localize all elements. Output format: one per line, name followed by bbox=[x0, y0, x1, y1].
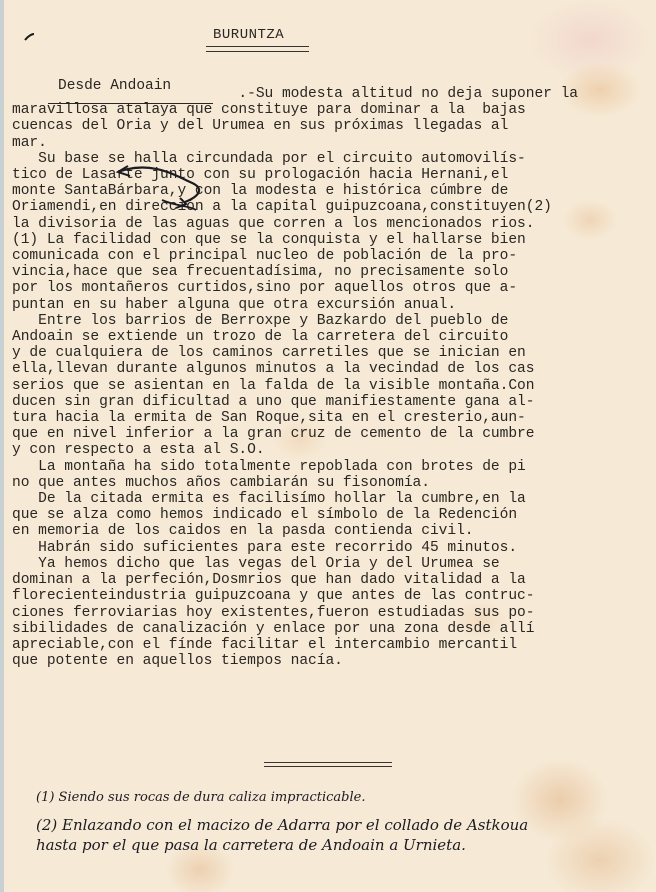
text-line: ella,llevan durante algunos minutos a la… bbox=[12, 361, 656, 377]
text-line: (1) La facilidad con que se la conquista… bbox=[12, 232, 656, 248]
text-line: tico de Lasarte junto con su prologación… bbox=[12, 167, 656, 183]
body-paragraphs: .-Su modesta altitud no deja suponer lam… bbox=[12, 86, 656, 669]
text-line: que potente en aquellos tiempos nacía. bbox=[12, 653, 656, 669]
text-line: cuencas del Oria y del Urumea en sus pró… bbox=[12, 118, 656, 134]
text-line: Habrán sido suficientes para este recorr… bbox=[12, 540, 656, 556]
text-line: Entre los barrios de Berroxpe y Bazkardo… bbox=[12, 313, 656, 329]
text-line: florecienteindustria guipuzcoana y que a… bbox=[12, 588, 656, 604]
text-line: Su base se halla circundada por el circu… bbox=[12, 151, 656, 167]
closing-double-rule bbox=[264, 762, 392, 767]
footnote-1: (1) Siendo sus rocas de dura caliza impr… bbox=[36, 790, 365, 805]
text-line: .-Su modesta altitud no deja suponer la bbox=[12, 86, 656, 102]
footnote-2-line-2: hasta por el que pasa la carretera de An… bbox=[36, 835, 528, 855]
text-line: la divisoria de las aguas que corren a l… bbox=[12, 216, 656, 232]
title-double-rule bbox=[206, 46, 309, 52]
text-line: Andoain se extiende un trozo de la carre… bbox=[12, 329, 656, 345]
text-line: no que antes muchos años cambiarán su fi… bbox=[12, 475, 656, 491]
text-line: que en nivel inferior a la gran cruz de … bbox=[12, 426, 656, 442]
text-line: De la citada ermita es facilisímo hollar… bbox=[12, 491, 656, 507]
text-line: apreciable,con el fínde facilitar el int… bbox=[12, 637, 656, 653]
text-line: ducen sin gran dificultad a uno que mani… bbox=[12, 394, 656, 410]
text-line: Ya hemos dicho que las vegas del Oria y … bbox=[12, 556, 656, 572]
text-line: ciones ferroviarias hoy existentes,fuero… bbox=[12, 605, 656, 621]
document-title: BURUNTZA bbox=[213, 27, 284, 43]
text-line: sibilidades de canalización y enlace por… bbox=[12, 621, 656, 637]
text-line: monte SantaBárbara,y con la modesta e hi… bbox=[12, 183, 656, 199]
text-line: y con respecto a esta al S.O. bbox=[12, 442, 656, 458]
text-line: puntan en su haber alguna que otra excur… bbox=[12, 297, 656, 313]
text-line: tura hacia la ermita de San Roque,sita e… bbox=[12, 410, 656, 426]
text-line: vincia,hace que sea frecuentadísima, no … bbox=[12, 264, 656, 280]
footnote-2-line-1: (2) Enlazando con el macizo de Adarra po… bbox=[36, 815, 528, 835]
text-line: que se alza como hemos indicado el símbo… bbox=[12, 507, 656, 523]
text-line: serios que se asientan en la falda de la… bbox=[12, 378, 656, 394]
text-line: maravillosa atalaya que constituye para … bbox=[12, 102, 656, 118]
text-line: comunicada con el principal nucleo de po… bbox=[12, 248, 656, 264]
text-line: Oriamendi,en dirección a la capital guip… bbox=[12, 199, 656, 215]
footnote-2: (2) Enlazando con el macizo de Adarra po… bbox=[36, 815, 528, 855]
typewritten-page: BURUNTZA Desde Andoain .-Su modesta alti… bbox=[6, 0, 656, 892]
text-line: y de cualquiera de los caminos carretile… bbox=[12, 345, 656, 361]
text-line: La montaña ha sido totalmente repoblada … bbox=[12, 459, 656, 475]
text-line: en memoria de los caidos en la pasda con… bbox=[12, 523, 656, 539]
scan-edge bbox=[0, 0, 4, 892]
text-line: dominan a la perfeción,Dosmrios que han … bbox=[12, 572, 656, 588]
text-line: mar. bbox=[12, 135, 656, 151]
text-line: por los montañeros curtidos,sino por aqu… bbox=[12, 280, 656, 296]
